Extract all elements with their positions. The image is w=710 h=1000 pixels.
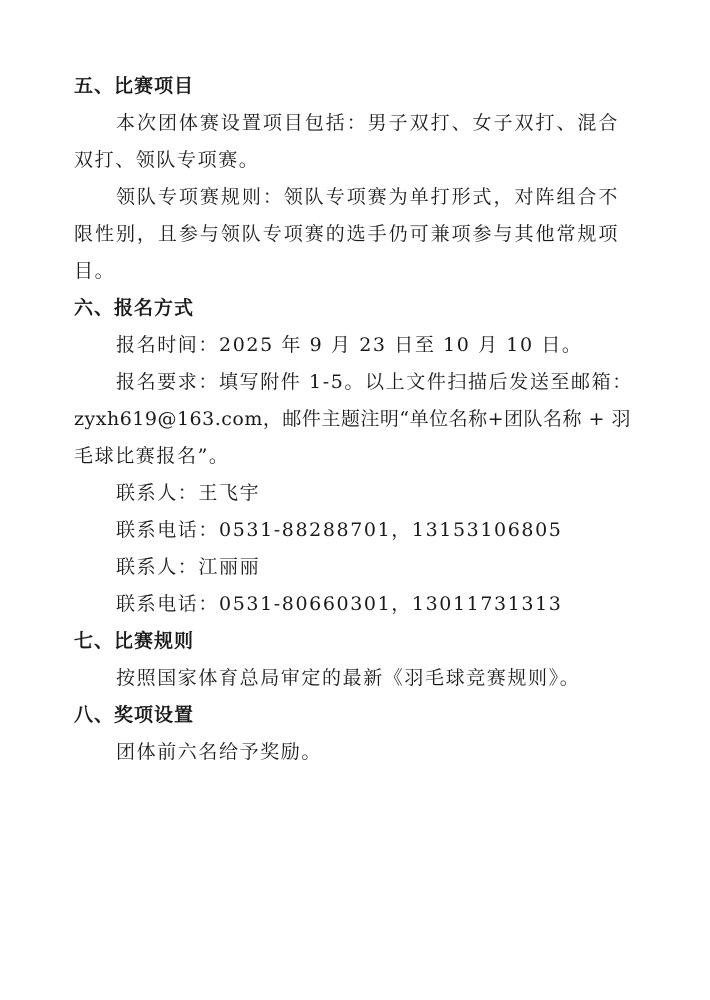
contact-phone-1: 联系电话：0531-88288701，13153106805 — [74, 512, 619, 549]
rules-text: 按照国家体育总局审定的最新《羽毛球竞赛规则》。 — [74, 660, 619, 697]
awards-text: 团体前六名给予奖励。 — [74, 734, 619, 771]
section-heading-events: 五、比赛项目 — [74, 68, 619, 105]
registration-time: 报名时间：2025 年 9 月 23 日至 10 月 10 日。 — [74, 327, 619, 364]
paragraph-events-line: 本次团体赛设置项目包括：男子双打、女子双打、混合 — [74, 105, 619, 142]
contact-phone-2: 联系电话：0531-80660301，13011731313 — [74, 586, 619, 623]
registration-requirement-line: 报名要求：填写附件 1-5。以上文件扫描后发送至邮箱： — [74, 364, 619, 401]
section-heading-awards: 八、奖项设置 — [74, 697, 619, 734]
paragraph-captain-rule-line: 限性别，且参与领队专项赛的选手仍可兼项参与其他常规项 — [74, 216, 619, 253]
contact-person-2: 联系人：江丽丽 — [74, 549, 619, 586]
section-heading-rules: 七、比赛规则 — [74, 623, 619, 660]
contact-person-1: 联系人：王飞宇 — [74, 475, 619, 512]
document-page: 五、比赛项目 本次团体赛设置项目包括：男子双打、女子双打、混合 双打、领队专项赛… — [74, 68, 619, 771]
paragraph-captain-rule-line: 目。 — [74, 253, 619, 290]
registration-email-line: zyxh619@163.com，邮件主题注明“单位名称+团队名称 + 羽 — [74, 401, 619, 438]
paragraph-captain-rule-line: 领队专项赛规则：领队专项赛为单打形式，对阵组合不 — [74, 179, 619, 216]
section-heading-registration: 六、报名方式 — [74, 290, 619, 327]
paragraph-events-line: 双打、领队专项赛。 — [74, 142, 619, 179]
registration-requirement-line: 毛球比赛报名”。 — [74, 438, 619, 475]
